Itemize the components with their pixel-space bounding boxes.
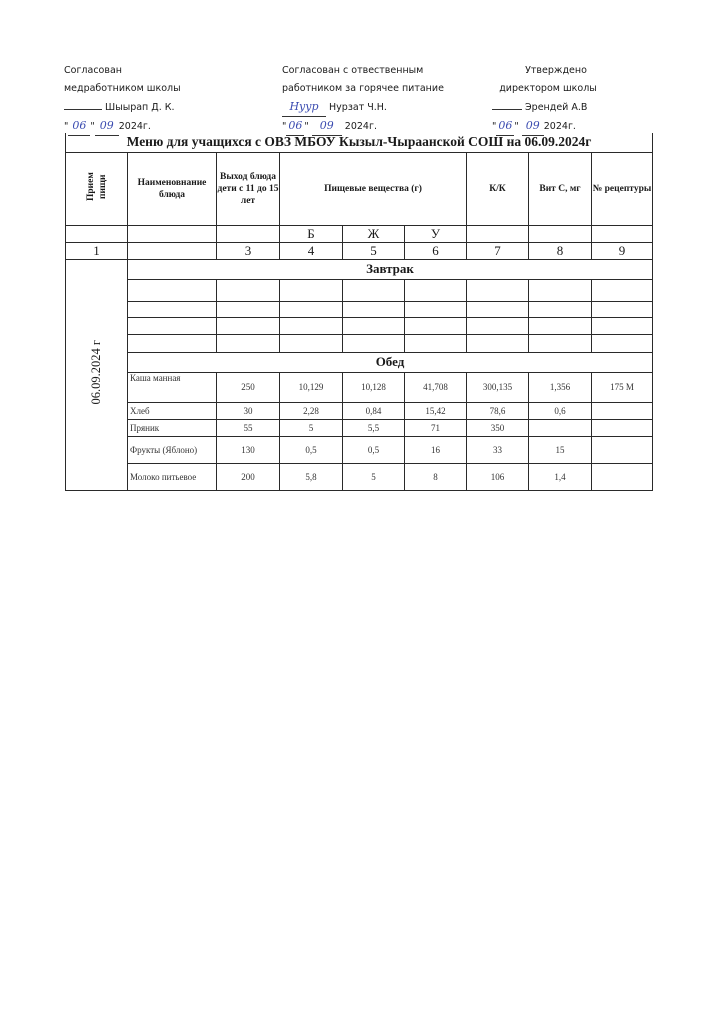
approval-medical-line1: Согласован [64,62,181,80]
fat: 5,5 [343,419,405,436]
portion: 200 [217,463,280,490]
table-row [66,301,653,317]
header-dish: Наименовнание блюда [128,152,217,225]
portion: 250 [217,372,280,402]
table-row: Пряник 55 5 5,5 71 350 [66,419,653,436]
section-breakfast: Завтрак [128,259,653,279]
approval-director-name: Эрендей А.В [525,102,587,113]
subheader-protein: Б [280,225,343,242]
approval-catering-line1: Согласован с отвественным [282,62,444,80]
header-vitc: Вит С, мг [529,152,592,225]
protein: 5 [280,419,343,436]
portion: 30 [217,402,280,419]
header-meal: Прием пищи [66,152,128,225]
colnum: 1 [66,242,128,259]
approval-medical-year: 2024г. [119,121,151,132]
table-row: Фрукты (Яблоно) 130 0,5 0,5 16 33 15 [66,436,653,463]
table-row [66,279,653,301]
approval-director-line1: Утверждено [492,62,612,80]
kcal: 350 [467,419,529,436]
carbs: 16 [405,436,467,463]
portion: 55 [217,419,280,436]
recipe-number [592,436,653,463]
approval-medical-line2: медработником школы [64,80,181,98]
table-row: Хлеб 30 2,28 0,84 15,42 78,6 0,6 [66,402,653,419]
carbs: 41,708 [405,372,467,402]
handwritten-signature: Hyyp [282,98,326,117]
approval-catering: Согласован с отвественным работником за … [282,62,444,136]
dish-name: Каша манная [128,372,217,402]
carbs: 15,42 [405,402,467,419]
section-lunch: Обед [128,352,653,372]
table-title: Меню для учащихся с ОВЗ МБОУ Кызыл-Чыраа… [66,133,653,152]
protein: 10,129 [280,372,343,402]
approval-catering-name: Нурзат Ч.Н. [329,102,387,113]
colnum: 6 [405,242,467,259]
protein: 5,8 [280,463,343,490]
vitamin-c: 1,356 [529,372,592,402]
header-nutrients: Пищевые вещества (г) [280,152,467,225]
colnum: 8 [529,242,592,259]
approval-medical-name: Шыырап Д. К. [105,102,174,113]
date-cell: 06.09.2024 г [66,259,128,490]
colnum: 7 [467,242,529,259]
approval-director-year: 2024г. [544,121,576,132]
column-number-row: 1 3 4 5 6 7 8 9 [66,242,653,259]
approval-director-signature: Эрендей А.В [492,98,612,117]
recipe-number: 175 М [592,372,653,402]
colnum [128,242,217,259]
subheader-fat: Ж [343,225,405,242]
protein: 2,28 [280,402,343,419]
fat: 0,84 [343,402,405,419]
vitamin-c: 1,4 [529,463,592,490]
table-row: Молоко питьевое 200 5,8 5 8 106 1,4 [66,463,653,490]
kcal: 300,135 [467,372,529,402]
approval-medical: Согласован медработником школы Шыырап Д.… [64,62,181,136]
header-recipe: № рецептуры [592,152,653,225]
nutrient-subheader-row: Б Ж У [66,225,653,242]
approval-director-line2: директором школы [492,80,604,98]
approval-catering-line2: работником за горячее питание [282,80,444,98]
header-kcal: К/К [467,152,529,225]
dish-name: Молоко питьевое [128,463,217,490]
protein: 0,5 [280,436,343,463]
dish-name: Пряник [128,419,217,436]
carbs: 8 [405,463,467,490]
menu-table: Меню для учащихся с ОВЗ МБОУ Кызыл-Чыраа… [65,133,653,491]
kcal: 78,6 [467,402,529,419]
colnum: 3 [217,242,280,259]
table-row [66,317,653,334]
vitamin-c: 0,6 [529,402,592,419]
kcal: 33 [467,436,529,463]
kcal: 106 [467,463,529,490]
colnum: 5 [343,242,405,259]
approval-catering-year: 2024г. [345,121,377,132]
vitamin-c [529,419,592,436]
date-label: 06.09.2024 г [89,340,104,405]
dish-name: Фрукты (Яблоно) [128,436,217,463]
recipe-number [592,463,653,490]
fat: 0,5 [343,436,405,463]
approval-director: Утверждено директором школы Эрендей А.В … [492,62,612,136]
fat: 5 [343,463,405,490]
carbs: 71 [405,419,467,436]
vitamin-c: 15 [529,436,592,463]
approval-medical-signature: Шыырап Д. К. [64,98,181,117]
portion: 130 [217,436,280,463]
recipe-number [592,419,653,436]
approval-catering-signature: Hyyp Нурзат Ч.Н. [282,98,444,117]
subheader-carbs: У [405,225,467,242]
recipe-number [592,402,653,419]
table-row [66,334,653,352]
colnum: 9 [592,242,653,259]
colnum: 4 [280,242,343,259]
table-row: Каша манная 250 10,129 10,128 41,708 300… [66,372,653,402]
dish-name: Хлеб [128,402,217,419]
fat: 10,128 [343,372,405,402]
header-portion: Выход блюда дети с 11 до 15 лет [217,152,280,225]
